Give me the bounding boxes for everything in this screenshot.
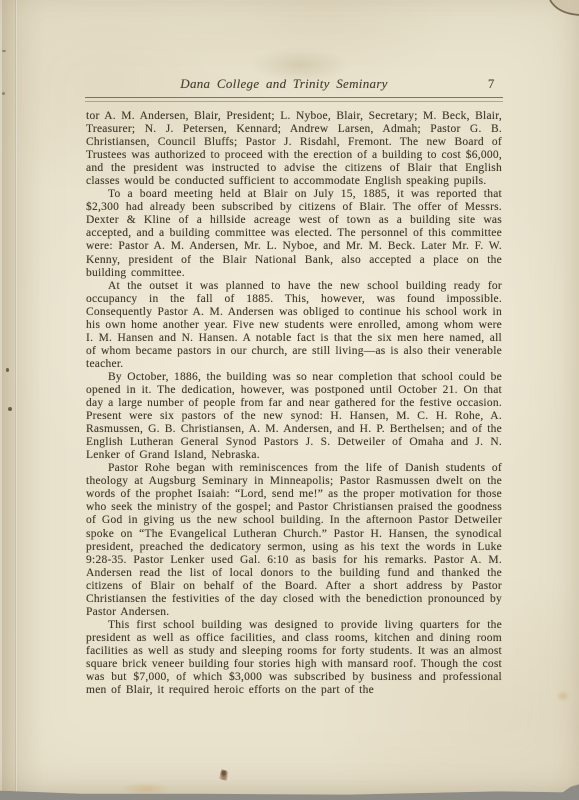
page-number: 7 <box>488 77 494 92</box>
binding-speck <box>2 92 5 95</box>
paragraph: Pastor Rohe began with reminiscences fro… <box>86 462 502 619</box>
paragraph: tor A. M. Andersen, Blair, President; L.… <box>86 110 502 188</box>
paragraph: This first school building was designed … <box>86 619 502 697</box>
paragraph: At the outset it was planned to have the… <box>86 280 502 371</box>
paper-stain <box>120 782 172 796</box>
page-crease <box>15 0 18 797</box>
paper-stain <box>556 690 570 702</box>
ink-stain <box>219 769 229 781</box>
header-rule <box>85 97 503 102</box>
binding-speck <box>8 407 12 411</box>
binding-speck <box>2 50 6 52</box>
running-title: Dana College and Trinity Seminary <box>86 76 502 92</box>
paragraph: To a board meeting held at Blair on July… <box>86 188 502 279</box>
corner-curl <box>548 0 579 19</box>
binding-speck <box>6 368 9 372</box>
scanned-page-background: Dana College and Trinity Seminary 7 tor … <box>0 0 579 800</box>
text-block: tor A. M. Andersen, Blair, President; L.… <box>86 110 502 697</box>
paragraph: By October, 1886, the building was so ne… <box>86 371 502 462</box>
book-page: Dana College and Trinity Seminary 7 tor … <box>0 0 579 797</box>
